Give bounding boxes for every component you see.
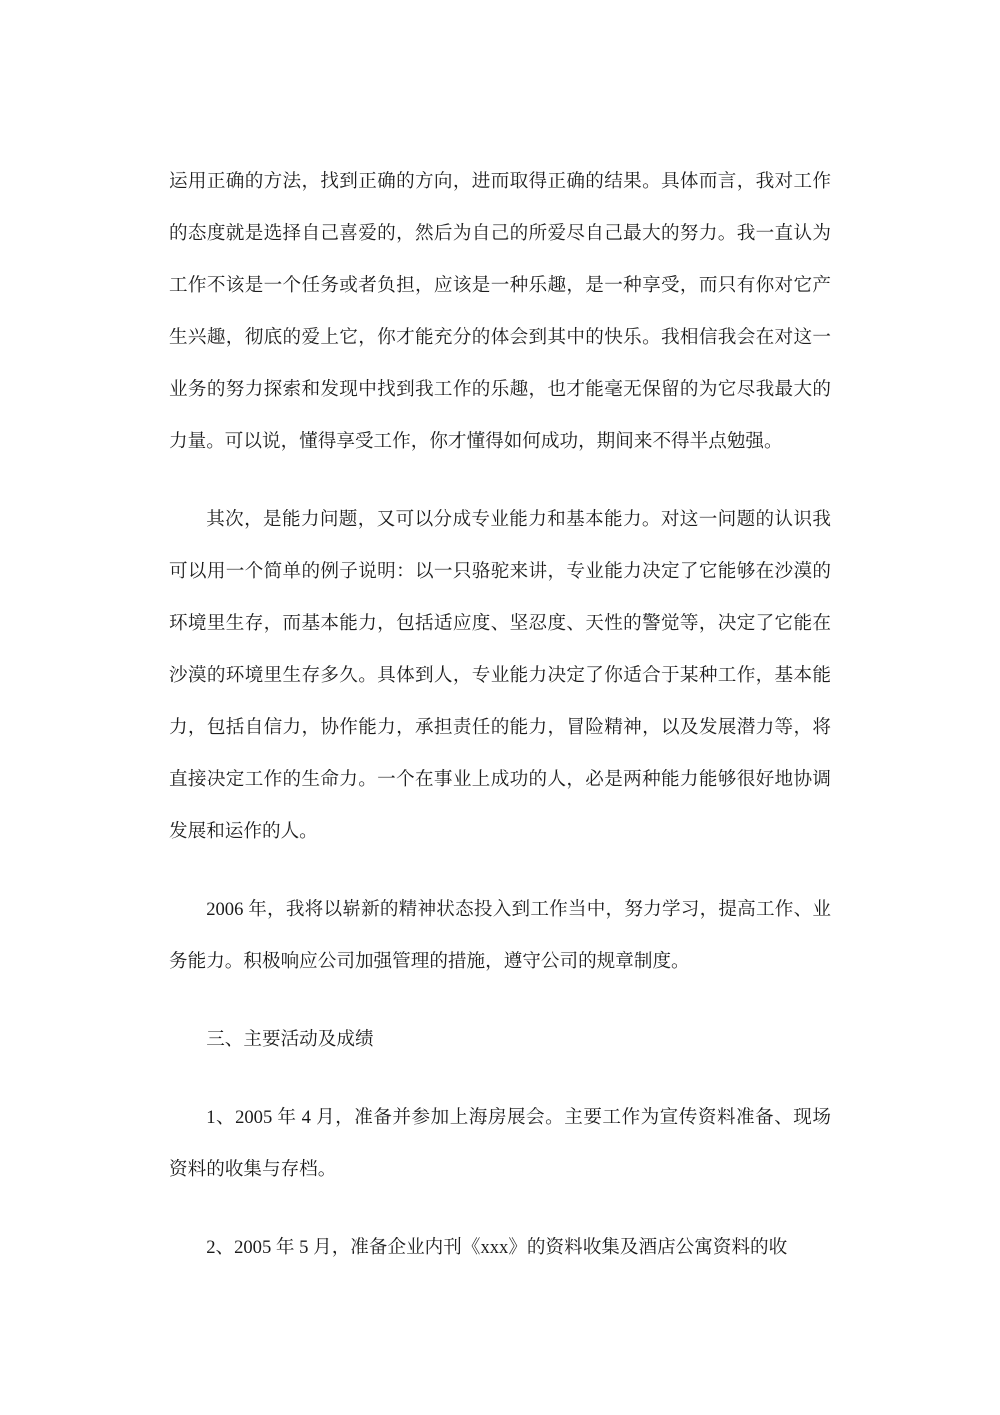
text-line: 生兴趣，彻底的爱上它，你才能充分的体会到其中的快乐。我相信我会在对这一 <box>169 312 831 364</box>
text-line: 力量。可以说，懂得享受工作，你才懂得如何成功，期间来不得半点勉强。 <box>169 416 831 468</box>
text-line: 其次，是能力问题，又可以分成专业能力和基本能力。对这一问题的认识我 <box>169 494 831 546</box>
text-line: 1、2005 年 4 月，准备并参加上海房展会。主要工作为宣传资料准备、现场 <box>169 1092 831 1144</box>
text-line: 务能力。积极响应公司加强管理的措施，遵守公司的规章制度。 <box>169 936 831 988</box>
text-line: 运用正确的方法，找到正确的方向，进而取得正确的结果。具体而言，我对工作 <box>169 156 831 208</box>
text-line: 直接决定工作的生命力。一个在事业上成功的人，必是两种能力能够很好地协调 <box>169 754 831 806</box>
text-line: 资料的收集与存档。 <box>169 1144 831 1196</box>
text-line: 沙漠的环境里生存多久。具体到人，专业能力决定了你适合于某种工作，基本能 <box>169 650 831 702</box>
text-line: 发展和运作的人。 <box>169 806 831 858</box>
text-line: 2006 年，我将以崭新的精神状态投入到工作当中，努力学习，提高工作、业 <box>169 884 831 936</box>
text-line: 环境里生存，而基本能力，包括适应度、坚忍度、天性的警觉等，决定了它能在 <box>169 598 831 650</box>
text-line: 业务的努力探索和发现中找到我工作的乐趣，也才能毫无保留的为它尽我最大的 <box>169 364 831 416</box>
section-heading-activities: 三、主要活动及成绩 <box>169 1014 831 1066</box>
section-heading-text: 三、主要活动及成绩 <box>169 1014 831 1066</box>
text-line: 2、2005 年 5 月，准备企业内刊《xxx》的资料收集及酒店公寓资料的收 <box>169 1222 831 1274</box>
text-line: 可以用一个简单的例子说明：以一只骆驼来讲，专业能力决定了它能够在沙漠的 <box>169 546 831 598</box>
text-line: 工作不该是一个任务或者负担，应该是一种乐趣，是一种享受，而只有你对它产 <box>169 260 831 312</box>
list-item-1: 1、2005 年 4 月，准备并参加上海房展会。主要工作为宣传资料准备、现场资料… <box>169 1092 831 1196</box>
text-line: 的态度就是选择自己喜爱的，然后为自己的所爱尽自己最大的努力。我一直认为 <box>169 208 831 260</box>
paragraph-ability: 其次，是能力问题，又可以分成专业能力和基本能力。对这一问题的认识我可以用一个简单… <box>169 494 831 858</box>
list-item-2: 2、2005 年 5 月，准备企业内刊《xxx》的资料收集及酒店公寓资料的收 <box>169 1222 831 1274</box>
text-line: 力，包括自信力，协作能力，承担责任的能力，冒险精神，以及发展潜力等，将 <box>169 702 831 754</box>
paragraph-2006-plan: 2006 年，我将以崭新的精神状态投入到工作当中，努力学习，提高工作、业务能力。… <box>169 884 831 988</box>
document-body: 运用正确的方法，找到正确的方向，进而取得正确的结果。具体而言，我对工作的态度就是… <box>169 156 831 1300</box>
paragraph-work-attitude: 运用正确的方法，找到正确的方向，进而取得正确的结果。具体而言，我对工作的态度就是… <box>169 156 831 468</box>
document-page: 运用正确的方法，找到正确的方向，进而取得正确的结果。具体而言，我对工作的态度就是… <box>0 0 1000 1415</box>
